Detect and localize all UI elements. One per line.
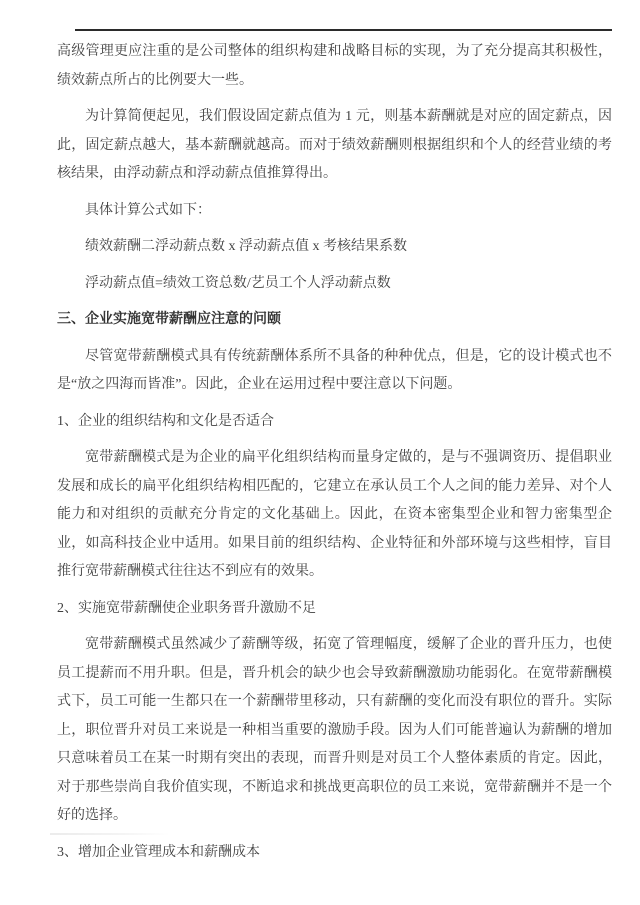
section-heading: 1、企业的组织结构和文化是否适合 — [57, 408, 612, 437]
paragraph: 尽管宽带薪酬模式具有传统薪酬体系所不具备的种种优点，但是，它的设计模式也不是“放… — [57, 343, 612, 400]
formula-line: 浮动薪点值=绩效工资总数/艺员工个人浮动薪点数 — [57, 270, 612, 299]
formula-line: 绩效薪酬二浮动薪点数 x 浮动薪点值 x 考核结果系数 — [57, 233, 612, 262]
section-heading: 三、企业实施宽带薪酬应注意的问颐 — [57, 306, 612, 335]
scan-noise-artifact — [50, 833, 170, 835]
document-body: 高级管理更应注重的是公司整体的组织构建和战略目标的实现，为了充分提高其积极性，绩… — [57, 31, 612, 867]
paragraph: 具体计算公式如下： — [57, 197, 612, 226]
section-heading: 3、增加企业管理成本和薪酬成本 — [57, 839, 612, 868]
section-heading: 2、实施宽带薪酬使企业职务晋升激励不足 — [57, 595, 612, 624]
paragraph: 宽带薪酬模式虽然减少了薪酬等级，拓宽了管理幅度，缓解了企业的晋升压力，也使员工提… — [57, 631, 612, 831]
paragraph: 为计算简便起见，我们假设固定薪点值为 1 元，则基本薪酬就是对应的固定薪点，因此… — [57, 103, 612, 189]
paragraph: 高级管理更应注重的是公司整体的组织构建和战略目标的实现，为了充分提高其积极性，绩… — [57, 38, 612, 95]
paragraph: 宽带薪酬模式是为企业的扁平化组织结构而量身定做的，是与不强调资历、提倡职业发展和… — [57, 444, 612, 587]
document-page: 高级管理更应注重的是公司整体的组织构建和战略目标的实现，为了充分提高其积极性，绩… — [0, 0, 640, 905]
